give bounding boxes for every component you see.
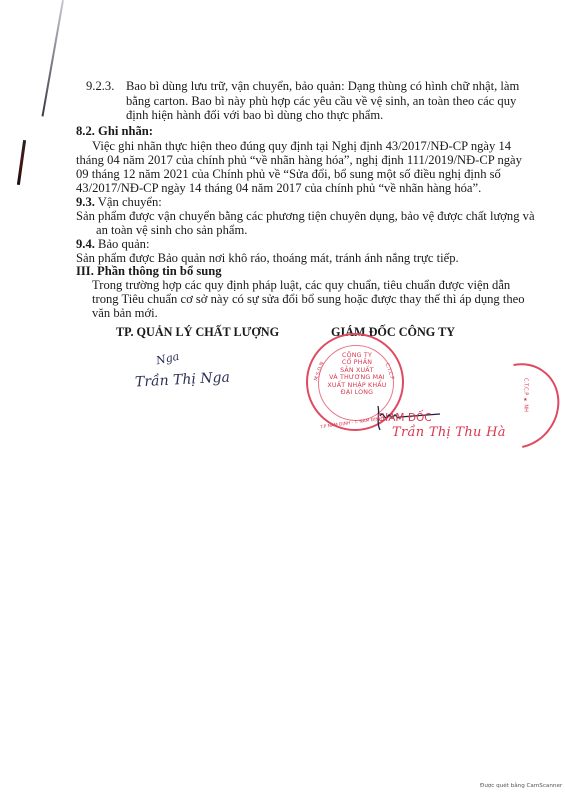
quality-manager-title: TP. QUẢN LÝ CHẤT LƯỢNG bbox=[116, 326, 279, 339]
section-number: 9.4. bbox=[76, 237, 95, 251]
paragraph-line: 09 tháng 12 năm 2021 của Chính phủ về “S… bbox=[76, 168, 498, 181]
section-title: Bảo quản: bbox=[95, 237, 150, 251]
paragraph-line: trong Tiêu chuẩn cơ sở này có sự sửa đổi… bbox=[92, 293, 498, 306]
paragraph-line: 43/2017/NĐ-CP ngày 14 tháng 04 năm 2017 … bbox=[76, 182, 481, 195]
paragraph-line: văn bản mới. bbox=[92, 307, 158, 320]
paragraph-line: bằng carton. Bao bì này phù hợp các yêu … bbox=[126, 95, 500, 108]
paragraph-line: tháng 04 năm 2017 của chính phủ “về nhãn… bbox=[76, 154, 498, 167]
scanner-watermark: Được quét bằng CamScanner bbox=[480, 780, 562, 793]
section-heading: 8.2. Ghi nhãn: bbox=[76, 125, 153, 138]
paragraph-line: Bao bì dùng lưu trữ, vận chuyển, bảo quả… bbox=[126, 80, 500, 93]
seal-line: ĐẠI LONG bbox=[308, 389, 406, 396]
section-heading: 9.4. Bảo quản: bbox=[76, 238, 149, 251]
paragraph-line: Trong trường hợp các quy định pháp luật,… bbox=[92, 279, 498, 292]
document-page: 9.2.3. Bao bì dùng lưu trữ, vận chuyển, … bbox=[0, 0, 565, 800]
partial-seal bbox=[460, 347, 565, 465]
section-number: 9.2.3. bbox=[86, 80, 114, 93]
handwritten-name: Trần Thị Nga bbox=[135, 372, 230, 390]
paragraph-line: Sản phẩm được vận chuyển bằng các phương… bbox=[76, 210, 535, 223]
section-number: 9.3. bbox=[76, 195, 95, 209]
director-position-label: GIÁM ĐỐC bbox=[377, 412, 432, 425]
section-title: Vận chuyển: bbox=[95, 195, 162, 209]
section-heading: 9.3. Vận chuyển: bbox=[76, 196, 162, 209]
paragraph-line: an toàn vệ sinh cho sản phẩm. bbox=[96, 224, 247, 237]
section-heading: III. Phần thông tin bổ sung bbox=[76, 265, 222, 278]
partial-seal-text: C.T.C.P ★ NH bbox=[518, 378, 531, 412]
initials-signature: Nga bbox=[155, 350, 181, 368]
paragraph-line: Việc ghi nhãn thực hiện theo đúng quy đị… bbox=[92, 140, 498, 153]
paragraph-line: định hiện hành đối với bao bì dùng cho t… bbox=[126, 109, 383, 122]
